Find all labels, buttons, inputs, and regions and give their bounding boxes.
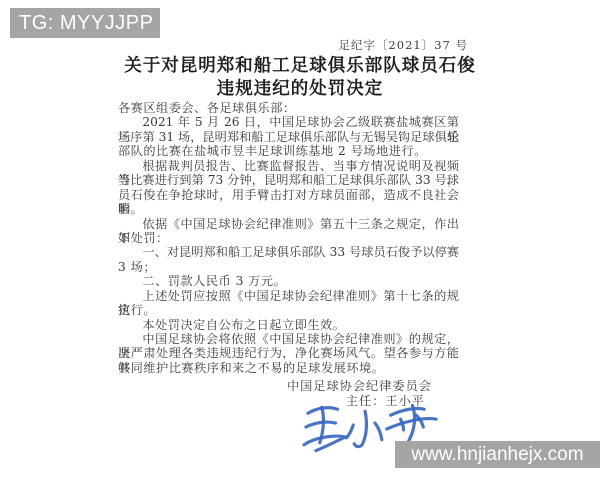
document-line: 本处罚决定自公布之日起立即生效。 [118, 318, 459, 332]
document-line: 3 场； [118, 260, 459, 274]
watermark-top-text: TG: MYYJJPP [19, 12, 153, 35]
document-line: 下处罚： [118, 231, 459, 245]
document-line: 场序第 31 场，昆明郑和船工足球俱乐部队与无锡吴钩足球俱乐 [118, 130, 459, 144]
document-line: 部队的比赛在盐城市昱丰足球训练基地 2 号场地进行。 [118, 144, 459, 158]
document-line: 依据《中国足球协会纪律准则》第五十三条之规定，作出如 [118, 217, 459, 231]
watermark-top-banner: TG: MYYJJPP [10, 8, 160, 38]
document-line: 员石俊在争抢球时，用手臂击打对方球员面部，造成不良社会影 [118, 188, 459, 202]
document-line: 当比赛进行到第 73 分钟，昆明郑和船工足球俱乐部队 33 号球 [118, 173, 459, 187]
document-line: 共同维护比赛秩序和来之不易的足球发展环境。 [118, 361, 459, 375]
document-line: 根据裁判员报告、比赛监督报告、当事方情况说明及视频等， [118, 159, 459, 173]
document-line: 上述处罚应按照《中国足球协会纪律准则》第十七条的规定 [118, 289, 459, 303]
watermark-bottom-text: www.hnjianhejx.com [411, 444, 583, 466]
document-body: 各赛区组委会、各足球俱乐部：2021 年 5 月 26 日，中国足球协会乙级联赛… [118, 101, 459, 375]
document-number: 足纪字〔2021〕37 号 [338, 37, 468, 53]
document-title: 关于对昆明郑和船工足球俱乐部队球员石俊 违规违纪的处罚决定 [0, 55, 600, 101]
document-line: 响。 [118, 202, 459, 216]
document-line: 二、罚款人民币 3 万元。 [118, 274, 459, 288]
document-line: 各赛区组委会、各足球俱乐部： [118, 101, 459, 115]
watermark-bottom-banner: www.hnjianhejx.com [395, 441, 600, 468]
document-title-line1: 关于对昆明郑和船工足球俱乐部队球员石俊 [0, 55, 600, 78]
document-line: 2021 年 5 月 26 日，中国足球协会乙级联赛盐城赛区第三轮 [118, 115, 459, 129]
document-line: 一、对昆明郑和船工足球俱乐部队 33 号球员石俊予以停赛 [118, 245, 459, 259]
screenshot-root: TG: MYYJJPP 足纪字〔2021〕37 号 关于对昆明郑和船工足球俱乐部… [0, 0, 600, 480]
document-line: 中国足球协会将依照《中国足球协会纪律准则》的规定，坚 [118, 332, 459, 346]
document-line: 执行。 [118, 303, 459, 317]
document-line: 决严肃处理各类违规违纪行为，净化赛场风气。望各参与方能够 [118, 346, 459, 360]
document-title-line2: 违规违纪的处罚决定 [0, 78, 600, 101]
